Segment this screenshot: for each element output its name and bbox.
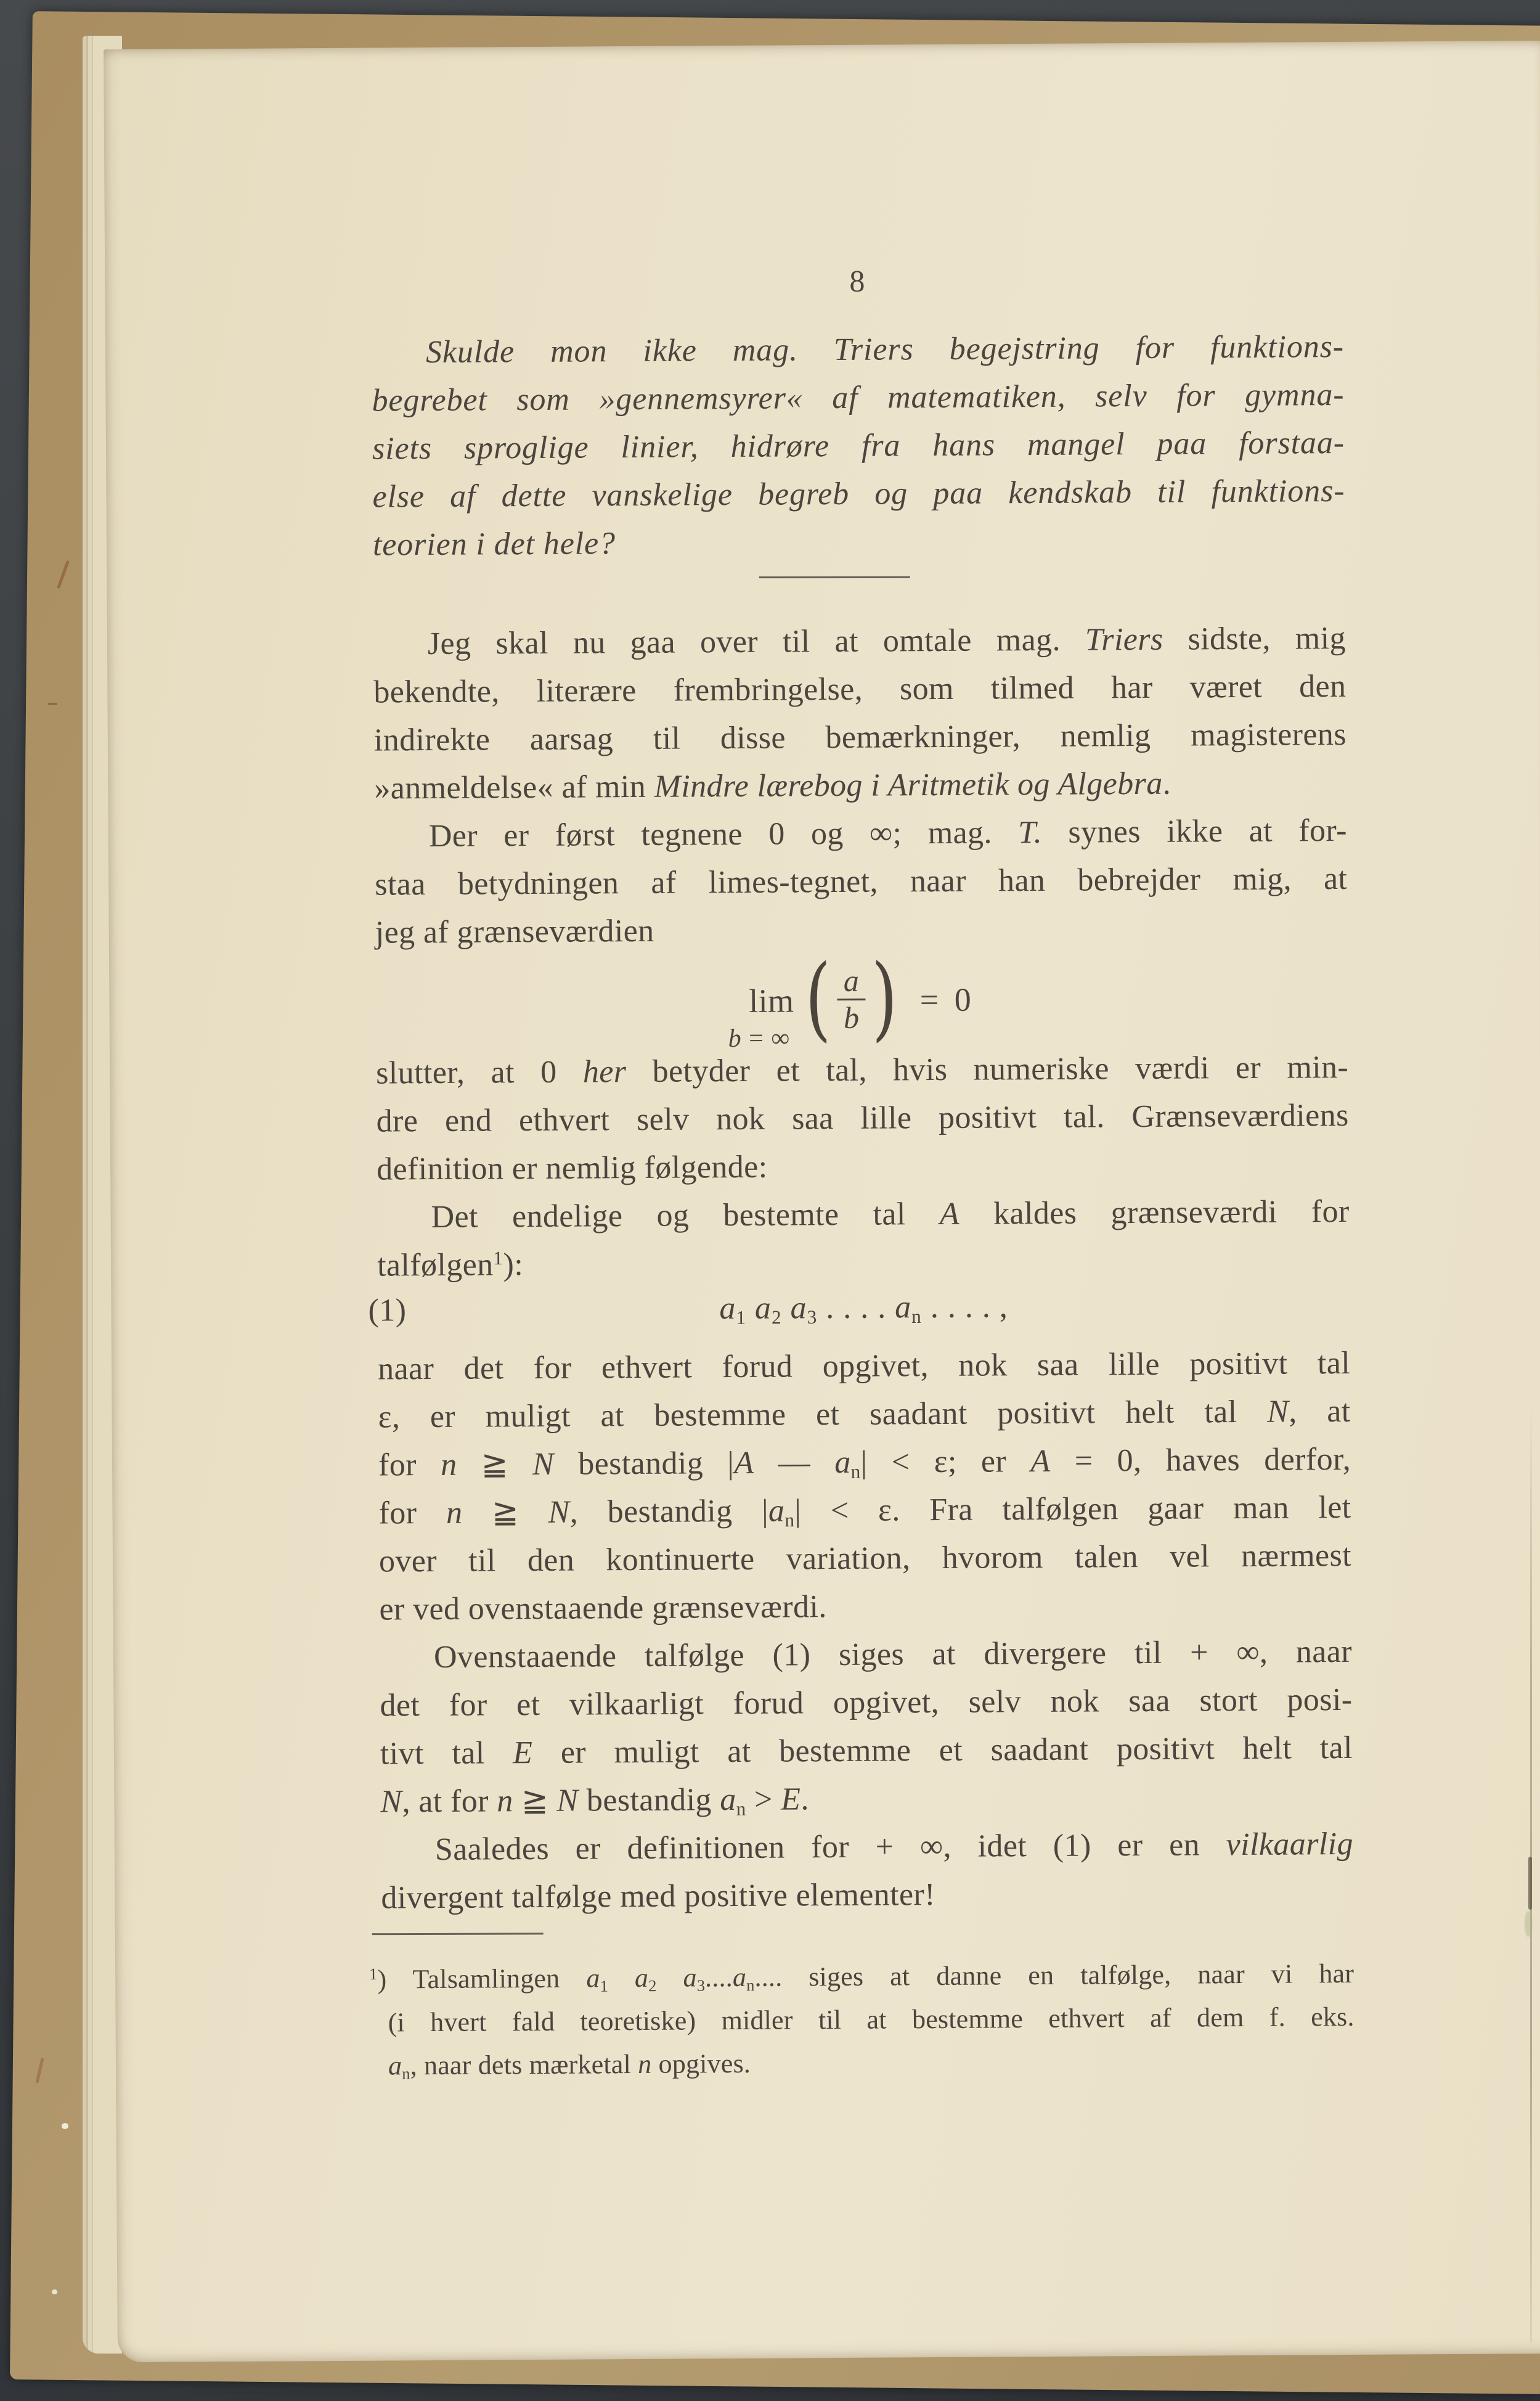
text-segment: .	[1162, 766, 1171, 801]
text-line: Ovenstaaende talfølge (1) siges at diver…	[380, 1628, 1352, 1682]
paper-speck	[62, 2123, 68, 2129]
text-line: 1) Talsamlingen a1 a2 a3....an.... siges…	[369, 1952, 1354, 2002]
text-segment: Jeg skal nu gaa over til at omtale mag.	[428, 623, 1085, 662]
right-paren: )	[871, 952, 898, 1043]
text-line: for n ≧ N bestandig |A — an| < ε; er A =…	[378, 1436, 1351, 1490]
text-line: over til den kontinuerte variation, hvor…	[379, 1532, 1351, 1586]
text-segment: dre end ethvert selv nok saa lille posit…	[376, 1098, 1348, 1139]
text-line: slutter, at 0 her betyder et tal, hvis n…	[376, 1044, 1348, 1098]
text-segment: E	[513, 1735, 533, 1770]
text-segment: N	[556, 1783, 578, 1818]
text-segment: (i hvert fald teoretiske) midler til at …	[388, 2002, 1354, 2038]
text-line: divergent talfølge med positive elemente…	[381, 1868, 1353, 1923]
text-segment: synes ikke at for-	[1042, 813, 1347, 850]
text-segment: a	[768, 1494, 785, 1529]
text-segment: ....	[705, 1962, 733, 1992]
text-segment: | < ε. Fra talfølgen gaar man let	[794, 1490, 1351, 1529]
text-line: naar det for ethvert forud opgivet, nok …	[378, 1340, 1350, 1394]
text-segment: n	[638, 2049, 652, 2079]
text-line: for n ≧ N, bestandig |an| < ε. Fra talfø…	[378, 1484, 1351, 1538]
text-line: tivt tal E er muligt at bestemme et saad…	[380, 1724, 1353, 1778]
text-segment: . . . .	[817, 1290, 895, 1325]
text-segment: N	[548, 1495, 569, 1530]
subscript: 1	[736, 1307, 746, 1328]
paragraph-quote: Skulde mon ikke mag. Triers begejstring …	[372, 323, 1345, 570]
text-segment: N	[380, 1784, 402, 1819]
text-segment: Det endelige og bestemte tal	[431, 1196, 940, 1235]
subscript: n	[851, 1461, 861, 1483]
equation-1: (1) a1 a2 a3 . . . . an . . . . ,	[377, 1286, 1350, 1342]
text-line: begrebet som »gennemsyrer« af matematike…	[372, 371, 1344, 425]
text-segment: a	[683, 1962, 697, 1992]
text-segment: siets sproglige linier, hidrøre fra hans…	[372, 425, 1345, 467]
text-segment: »anmeldelse« af min	[374, 769, 654, 806]
text-segment	[746, 1291, 755, 1326]
text-segment: ) Talsamlingen	[377, 1963, 586, 1995]
subscript: n	[402, 2064, 410, 2083]
text-segment: Der er først tegnene 0 og ∞; mag.	[429, 815, 1019, 854]
text-segment: T.	[1018, 815, 1042, 850]
paragraph-signs: Der er først tegnene 0 og ∞; mag. T. syn…	[375, 807, 1348, 957]
subscript: n	[736, 1798, 746, 1820]
text-line: jeg af grænseværdien	[375, 903, 1348, 957]
text-segment: A	[940, 1196, 960, 1232]
text-segment: , bestandig |	[569, 1494, 768, 1530]
text-segment: er ved ovenstaaende grænseværdi.	[379, 1589, 826, 1627]
paragraph-intro: Jeg skal nu gaa over til at omtale mag. …	[373, 615, 1347, 813]
subscript: 3	[807, 1306, 818, 1328]
text-segment: ≧	[462, 1495, 548, 1531]
text-line: »anmeldelse« af min Mindre lærebog i Ari…	[374, 759, 1346, 813]
pencil-dash-mark	[48, 703, 57, 705]
text-line: Skulde mon ikke mag. Triers begejstring …	[372, 323, 1344, 377]
text-segment: a	[586, 1963, 600, 1993]
text-segment: , naar dets mærketal	[410, 2049, 638, 2080]
text-segment: vilkaarlig	[1226, 1826, 1354, 1862]
paragraph-definition-intro: Det endelige og bestemte tal A kaldes gr…	[377, 1188, 1350, 1290]
text-segment: a	[733, 1962, 747, 1992]
text-segment: opgives.	[651, 2048, 751, 2079]
text-segment: a	[895, 1290, 911, 1325]
text-segment: bestandig |	[554, 1446, 734, 1482]
text-segment: —	[754, 1445, 834, 1481]
text-segment: definition er nemlig følgende:	[377, 1150, 768, 1187]
text-segment: .	[801, 1781, 809, 1817]
text-segment: det for et vilkaarligt forud opgivet, se…	[380, 1682, 1352, 1724]
fraction: a b	[837, 965, 866, 1033]
text-segment: a	[834, 1445, 851, 1480]
text-segment: A	[734, 1446, 754, 1481]
text-segment: .... siges at danne en talfølge, naar vi…	[754, 1958, 1354, 1992]
text-line: N, at for n ≧ N bestandig an > E.	[380, 1772, 1353, 1826]
text-segment: = 0, haves derfor,	[1050, 1442, 1351, 1479]
text-segment: slutter, at 0	[376, 1055, 583, 1091]
text-column: 8 Skulde mon ikke mag. Triers begejstrin…	[370, 42, 1356, 2361]
text-segment: . . . . ,	[922, 1289, 1008, 1325]
text-segment: n	[446, 1495, 463, 1531]
text-segment: ):	[503, 1247, 523, 1282]
formula-result: = 0	[920, 981, 975, 1020]
book-page: 8 Skulde mon ikke mag. Triers begejstrin…	[104, 41, 1540, 2362]
subscript: n	[784, 1509, 794, 1531]
section-divider-rule	[759, 576, 910, 578]
footnote: 1) Talsamlingen a1 a2 a3....an.... siges…	[369, 1952, 1355, 2088]
text-segment: else af dette vanskelige begreb og paa k…	[372, 473, 1345, 515]
subscript: n	[746, 1976, 755, 1994]
text-line: definition er nemlig følgende:	[377, 1140, 1349, 1194]
text-segment: er muligt at bestemme et saadant positiv…	[532, 1730, 1353, 1770]
text-segment: Saaledes er definitionen for + ∞, idet (…	[435, 1827, 1226, 1867]
text-line: indirekte aarsag til disse bemærkninger,…	[374, 711, 1346, 765]
paper-speck	[52, 2289, 57, 2294]
footnote-divider-rule	[372, 1933, 544, 1935]
text-line: det for et vilkaarligt forud opgivet, se…	[380, 1676, 1352, 1730]
text-segment: N	[1267, 1394, 1289, 1430]
text-segment: betyder et tal, hvis numeriske værdi er …	[626, 1050, 1348, 1089]
left-paren: (	[805, 952, 831, 1044]
crease-ink-mark	[1528, 1857, 1532, 1910]
text-line: Saaledes er definitionen for + ∞, idet (…	[381, 1820, 1353, 1875]
subscript: n	[911, 1306, 922, 1327]
text-segment: ≧	[513, 1783, 557, 1818]
text-segment: for	[378, 1447, 441, 1483]
paragraph-conclusion: slutter, at 0 her betyder et tal, hvis n…	[376, 1044, 1349, 1194]
text-segment	[656, 1963, 683, 1993]
text-segment: a	[719, 1291, 736, 1326]
limit-operator: lim b = ∞	[749, 981, 794, 1020]
text-segment: a	[635, 1963, 649, 1993]
superscript: 1	[369, 1965, 378, 1983]
text-segment: over til den kontinuerte variation, hvor…	[379, 1538, 1351, 1579]
text-line: ε, er muligt at bestemme et saadant posi…	[378, 1388, 1350, 1442]
page-number: 8	[371, 260, 1343, 302]
text-line: staa betydningen af limes-tegnet, naar h…	[375, 855, 1347, 909]
green-smudge	[1525, 1911, 1532, 1937]
text-segment: divergent talfølge med positive elemente…	[381, 1877, 935, 1915]
text-segment: N	[532, 1447, 554, 1482]
text-segment: indirekte aarsag til disse bemærkninger,…	[374, 717, 1346, 758]
text-segment: A	[1030, 1444, 1051, 1479]
text-line: er ved ovenstaaende grænseværdi.	[379, 1580, 1351, 1634]
text-segment: for	[378, 1495, 446, 1531]
text-segment: naar det for ethvert forud opgivet, nok …	[378, 1346, 1350, 1387]
text-segment: a	[388, 2050, 402, 2080]
text-segment: a	[720, 1782, 736, 1817]
fraction-numerator: a	[844, 965, 860, 996]
subscript: 2	[772, 1306, 782, 1328]
text-segment: Mindre lærebog i Aritmetik og Algebra	[654, 766, 1162, 804]
text-line: Det endelige og bestemte tal A kaldes gr…	[377, 1188, 1349, 1242]
text-line: Der er først tegnene 0 og ∞; mag. T. syn…	[375, 807, 1347, 861]
text-line: dre end ethvert selv nok saa lille posit…	[376, 1092, 1348, 1146]
text-line: bekendte, literære frembringelse, som ti…	[373, 663, 1346, 717]
text-segment: ≧	[457, 1447, 532, 1483]
paragraph-final: Saaledes er definitionen for + ∞, idet (…	[381, 1820, 1354, 1923]
text-segment: n	[497, 1783, 513, 1818]
paragraph-divergence: Ovenstaaende talfølge (1) siges at diver…	[380, 1628, 1353, 1826]
text-segment: n	[441, 1447, 457, 1483]
equation-body: a1 a2 a3 . . . . an . . . . ,	[377, 1286, 1350, 1329]
text-segment: kaldes grænseværdi for	[959, 1194, 1350, 1232]
text-line: Jeg skal nu gaa over til at omtale mag. …	[373, 615, 1346, 669]
text-line: teorien i det hele?	[373, 515, 1345, 570]
limit-formula: lim b = ∞ ( a b ) = 0	[375, 951, 1348, 1050]
text-segment: staa betydningen af limes-tegnet, naar h…	[375, 861, 1347, 902]
book-scan: 8 Skulde mon ikke mag. Triers begejstrin…	[0, 0, 1540, 2401]
text-segment: a	[755, 1291, 772, 1326]
text-segment	[608, 1963, 635, 1993]
text-line: siets sproglige linier, hidrøre fra hans…	[372, 419, 1345, 473]
text-segment: bekendte, literære frembringelse, som ti…	[373, 669, 1346, 710]
text-segment: bestandig	[578, 1782, 720, 1818]
fraction-denominator: b	[844, 1002, 860, 1033]
text-segment	[781, 1290, 790, 1325]
text-segment: tivt tal	[380, 1735, 513, 1771]
text-segment: >	[746, 1782, 781, 1817]
text-segment: talfølgen	[377, 1247, 494, 1283]
text-segment: a	[790, 1290, 807, 1325]
equation-number: (1)	[368, 1292, 406, 1328]
text-segment: begrebet som »gennemsyrer« af matematike…	[372, 377, 1344, 419]
text-segment: Triers	[1085, 622, 1163, 658]
text-line: (i hvert fald teoretiske) midler til at …	[369, 1995, 1354, 2045]
text-line: talfølgen1):	[377, 1236, 1350, 1290]
text-segment: , at	[1289, 1394, 1351, 1430]
lim-text: lim	[749, 982, 794, 1019]
text-line: an, naar dets mærketal n opgives.	[370, 2039, 1355, 2088]
text-segment: , at for	[402, 1783, 497, 1819]
subscript: 3	[697, 1976, 706, 1995]
text-segment: jeg af grænseværdien	[375, 914, 654, 951]
subscript: 1	[600, 1977, 609, 1995]
text-segment: Skulde mon ikke mag. Triers begejstring …	[426, 329, 1344, 370]
subscript: 2	[648, 1976, 657, 1995]
text-line: else af dette vanskelige begreb og paa k…	[372, 467, 1345, 522]
text-segment: | < ε; er	[860, 1444, 1030, 1480]
text-segment: Ovenstaaende talfølge (1) siges at diver…	[434, 1634, 1352, 1675]
text-segment: sidste, mig	[1163, 621, 1346, 657]
text-segment: teorien i det hele?	[373, 526, 616, 562]
text-segment: ε, er muligt at bestemme et saadant posi…	[378, 1394, 1267, 1435]
text-segment: E	[781, 1781, 801, 1817]
paragraph-epsilon-definition: naar det for ethvert forud opgivet, nok …	[378, 1340, 1352, 1634]
superscript: 1	[493, 1247, 503, 1269]
text-segment: her	[583, 1054, 627, 1089]
